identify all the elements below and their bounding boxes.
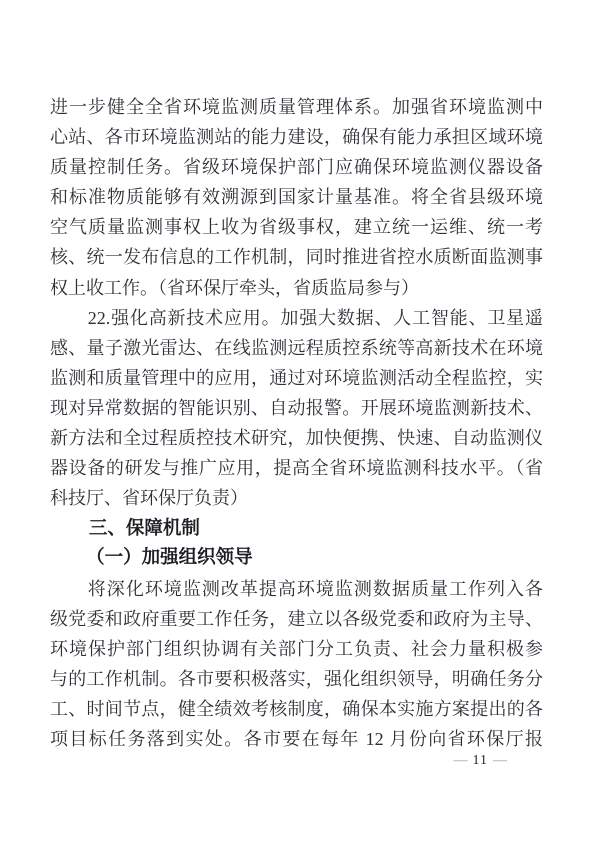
document-page: 进一步健全全省环境监测质量管理体系。加强省环境监测中 心站、各市环境监测站的能力… bbox=[0, 0, 602, 841]
text-line: 质量控制任务。省级环境保护部门应确保环境监测仪器设备 bbox=[50, 152, 543, 182]
text-line: 新方法和全过程质控技术研究，加快便携、快速、自动监测仪 bbox=[50, 423, 543, 453]
text-line: 和标准物质能够有效溯源到国家计量基准。将全省县级环境 bbox=[50, 182, 543, 212]
text-line: 环境保护部门组织协调有关部门分工负责、社会力量积极参 bbox=[50, 634, 543, 664]
page-number: —11— bbox=[449, 752, 512, 770]
section-heading: 三、保障机制 bbox=[50, 513, 543, 543]
text-line: 器设备的研发与推广应用，提高全省环境监测科技水平。（省 bbox=[50, 453, 543, 483]
footer-page-number: 11 bbox=[473, 753, 488, 768]
paragraph-continuation: 进一步健全全省环境监测质量管理体系。加强省环境监测中 心站、各市环境监测站的能力… bbox=[50, 92, 543, 303]
paragraph-item-22: 22.强化高新技术应用。加强大数据、人工智能、卫星遥 感、量子激光雷达、在线监测… bbox=[50, 303, 543, 514]
text-line: 科技厅、省环保厅负责） bbox=[50, 483, 543, 513]
footer-dash-right: — bbox=[493, 753, 507, 768]
text-line: 项目标任务落到实处。各市要在每年 12 月份向省环保厅报 bbox=[50, 724, 543, 754]
text-line: 工、时间节点，健全绩效考核制度，确保本实施方案提出的各 bbox=[50, 694, 543, 724]
text-line: 级党委和政府重要工作任务，建立以各级党委和政府为主导、 bbox=[50, 604, 543, 634]
footer-dash-left: — bbox=[454, 753, 468, 768]
text-line: 感、量子激光雷达、在线监测远程质控系统等高新技术在环境 bbox=[50, 333, 543, 363]
paragraph-organization: 将深化环境监测改革提高环境监测数据质量工作列入各 级党委和政府重要工作任务，建立… bbox=[50, 574, 543, 755]
text-line: 权上收工作。（省环保厅牵头，省质监局参与） bbox=[50, 273, 543, 303]
text-line: 心站、各市环境监测站的能力建设，确保有能力承担区域环境 bbox=[50, 122, 543, 152]
text-line: 将深化环境监测改革提高环境监测数据质量工作列入各 bbox=[50, 574, 543, 604]
text-line: 核、统一发布信息的工作机制，同时推进省控水质断面监测事 bbox=[50, 242, 543, 272]
text-line: 监测和质量管理中的应用，通过对环境监测活动全程监控，实 bbox=[50, 363, 543, 393]
document-body: 进一步健全全省环境监测质量管理体系。加强省环境监测中 心站、各市环境监测站的能力… bbox=[50, 92, 543, 754]
text-line: 进一步健全全省环境监测质量管理体系。加强省环境监测中 bbox=[50, 92, 543, 122]
text-line: 现对异常数据的智能识别、自动报警。开展环境监测新技术、 bbox=[50, 393, 543, 423]
subsection-heading: （一）加强组织领导 bbox=[50, 543, 543, 573]
text-line: 22.强化高新技术应用。加强大数据、人工智能、卫星遥 bbox=[50, 303, 543, 333]
text-line: 与的工作机制。各市要积极落实，强化组织领导，明确任务分 bbox=[50, 664, 543, 694]
text-line: 空气质量监测事权上收为省级事权，建立统一运维、统一考 bbox=[50, 212, 543, 242]
